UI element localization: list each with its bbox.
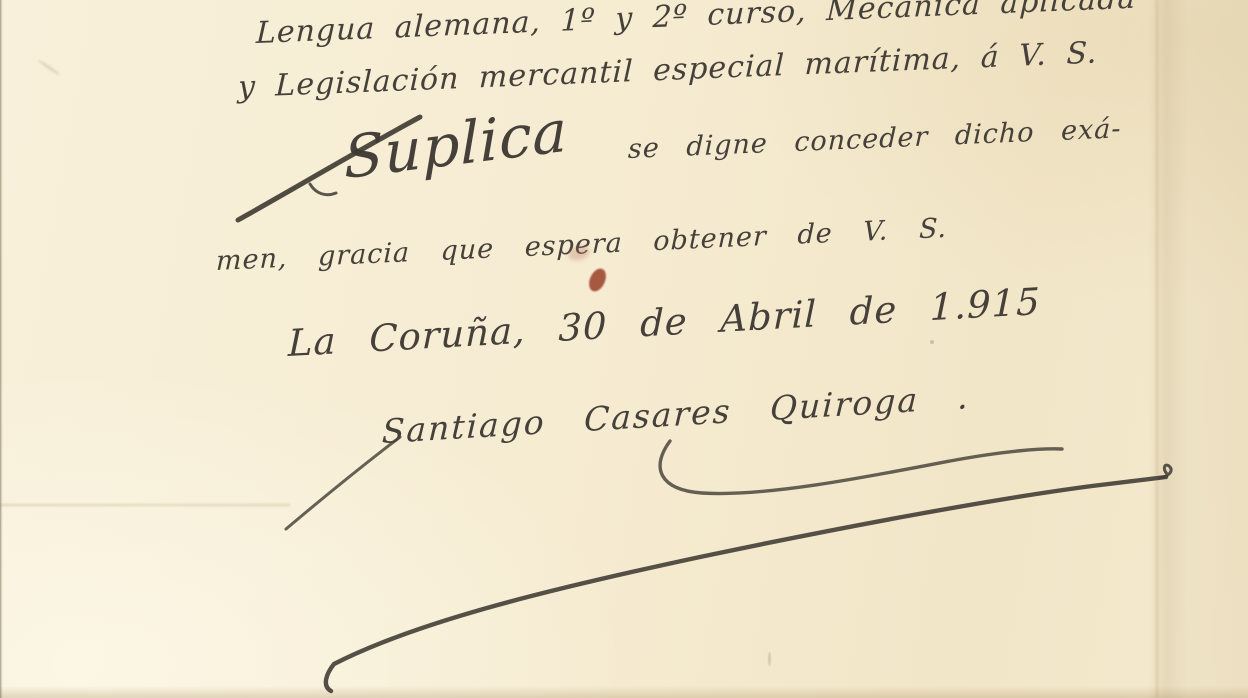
signature-rubric-arc <box>326 477 1166 691</box>
signature-lead-stroke <box>286 437 400 529</box>
ink-flourishes <box>0 0 1248 698</box>
manuscript-page: Lengua alemana, 1º y 2º curso, Mecánica … <box>0 0 1248 698</box>
suplica-flourish-stroke <box>238 117 420 220</box>
signature-underline-loop <box>660 441 1062 494</box>
suplica-flourish-barb <box>310 184 336 195</box>
